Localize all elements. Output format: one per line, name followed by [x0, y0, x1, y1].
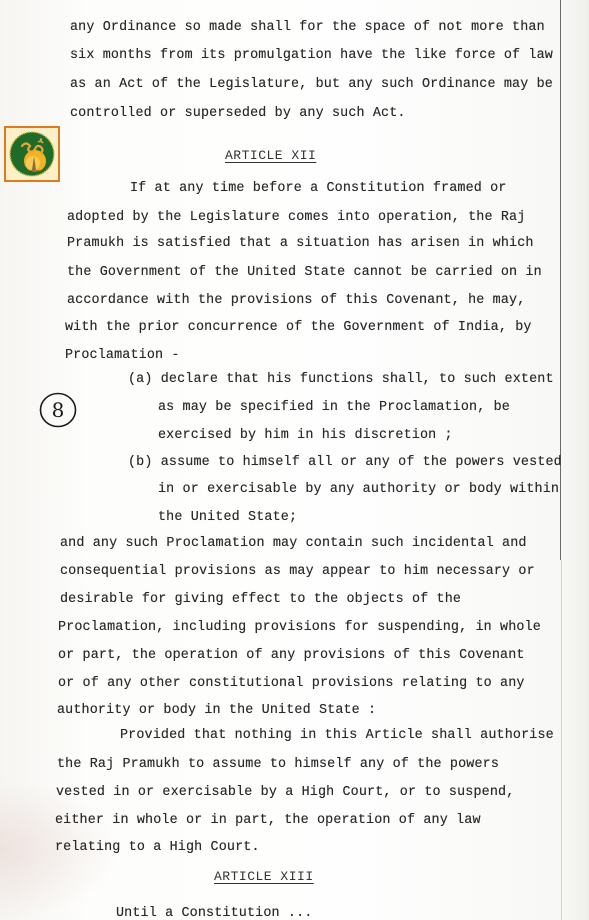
text-line: Pramukh is satisfied that a situation ha…: [67, 236, 534, 251]
clause-b-line: the United State;: [158, 510, 297, 525]
text-line: six months from its promulgation have th…: [70, 48, 553, 63]
text-line: controlled or superseded by any such Act…: [70, 106, 406, 121]
text-line: Proclamation, including provisions for s…: [58, 620, 541, 635]
text-line: or part, the operation of any provisions…: [58, 648, 525, 663]
margin-line-lower: [561, 560, 562, 920]
clause-a-line: as may be specified in the Proclamation,…: [158, 400, 510, 415]
article-xii-heading: ARTICLE XII: [225, 148, 316, 163]
clause-a-line: (a) declare that his functions shall, to…: [128, 372, 554, 387]
document-page: any Ordinance so made shall for the spac…: [0, 0, 589, 920]
clause-a-line: exercised by him in his discretion ;: [158, 428, 453, 443]
text-line: any Ordinance so made shall for the spac…: [70, 20, 545, 35]
text-line: desirable for giving effect to the objec…: [60, 592, 461, 607]
om-emblem-icon: [8, 130, 56, 178]
article-xiii-heading: ARTICLE XIII: [214, 869, 314, 884]
clause-b-line: (b) assume to himself all or any of the …: [128, 455, 562, 470]
svg-text:8: 8: [52, 398, 65, 422]
circled-number-annotation: 8: [38, 391, 78, 429]
text-line: or of any other constitutional provision…: [58, 676, 525, 691]
proviso-line: relating to a High Court.: [55, 840, 260, 855]
text-line: consequential provisions as may appear t…: [60, 564, 535, 579]
proviso-line: the Raj Pramukh to assume to himself any…: [57, 757, 499, 772]
text-line: and any such Proclamation may contain su…: [60, 536, 527, 551]
proviso-line: Provided that nothing in this Article sh…: [120, 728, 554, 743]
text-line: as an Act of the Legislature, but any su…: [70, 77, 553, 92]
clause-b-line: in or exercisable by any authority or bo…: [158, 482, 559, 497]
text-line: Proclamation -: [65, 348, 180, 363]
proviso-line: vested in or exercisable by a High Court…: [56, 785, 514, 800]
text-line: authority or body in the United State :: [57, 703, 376, 718]
text-line: accordance with the provisions of this C…: [67, 293, 525, 308]
logo: [4, 126, 60, 182]
text-line: Until a Constitution ...: [116, 906, 312, 920]
text-line: the Government of the United State canno…: [67, 265, 542, 280]
proviso-line: either in whole or in part, the operatio…: [55, 813, 481, 828]
margin-line: [560, 0, 561, 560]
text-line: with the prior concurrence of the Govern…: [65, 320, 532, 335]
text-line: adopted by the Legislature comes into op…: [67, 210, 525, 225]
text-line: If at any time before a Constitution fra…: [130, 181, 507, 196]
